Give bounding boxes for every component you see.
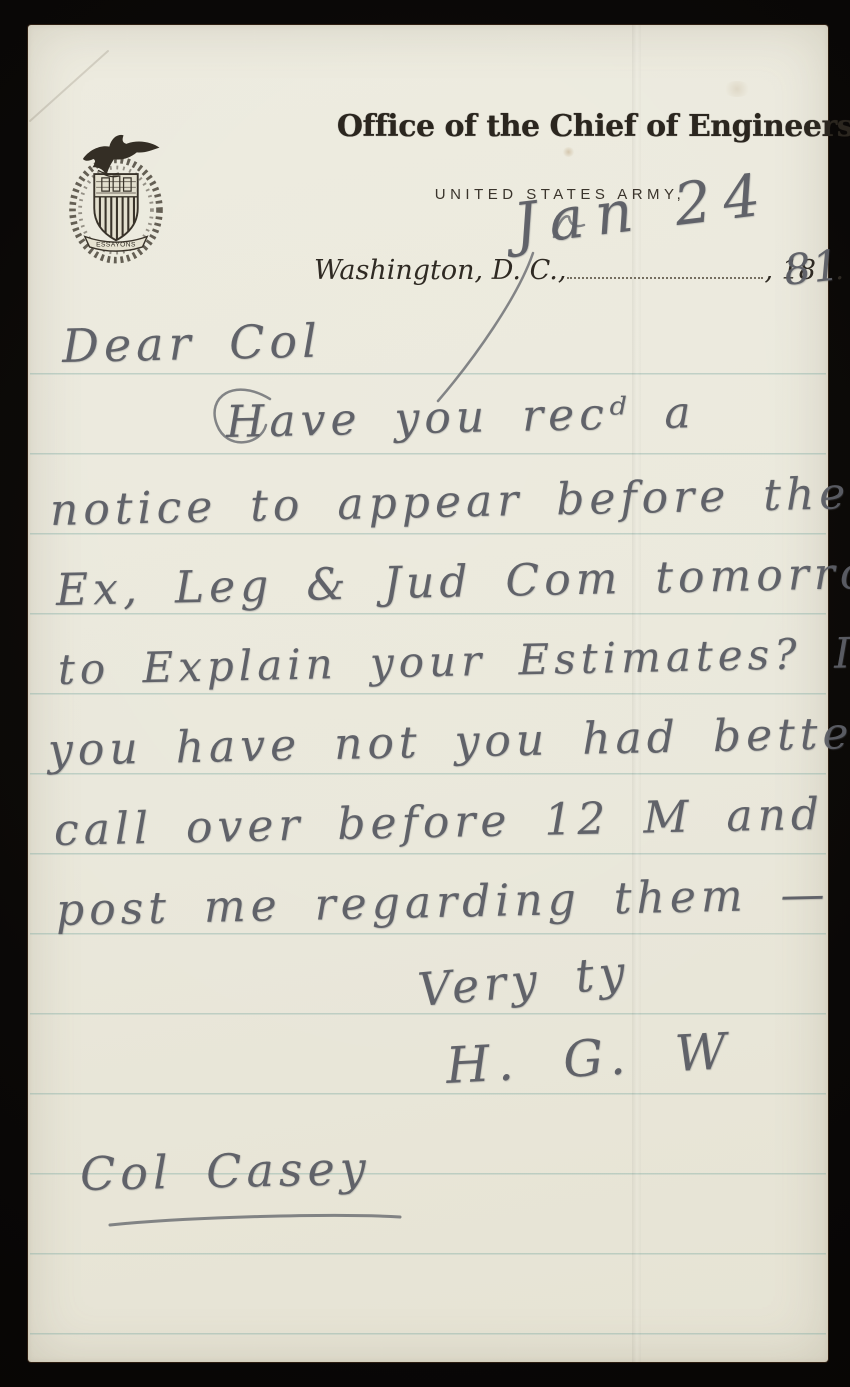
- letter-sheet: ESSAYONS Office of the Chief of Engineer…: [28, 25, 828, 1362]
- date-fill-rule: [567, 273, 763, 279]
- shield-icon: [94, 174, 137, 242]
- handwritten-year: 81: [782, 240, 844, 295]
- eagle-icon: [83, 135, 160, 176]
- paper-stain: [562, 147, 575, 157]
- paper-stain: [722, 81, 752, 97]
- salutation: Dear Col: [61, 314, 322, 373]
- body-line: Have you recᵈ a: [225, 387, 696, 448]
- motto-text: ESSAYONS: [96, 241, 136, 248]
- place-text: Washington, D. C.,: [314, 255, 566, 286]
- scan-background: { "seal": { "motto": "ESSAYONS" }, "lett…: [0, 0, 850, 1387]
- addressee: Col Casey: [79, 1141, 371, 1201]
- corps-of-engineers-seal: ESSAYONS: [64, 117, 168, 269]
- letterhead-office-line: Office of the Chief of Engineers,: [328, 109, 850, 144]
- corner-crease: [30, 51, 108, 121]
